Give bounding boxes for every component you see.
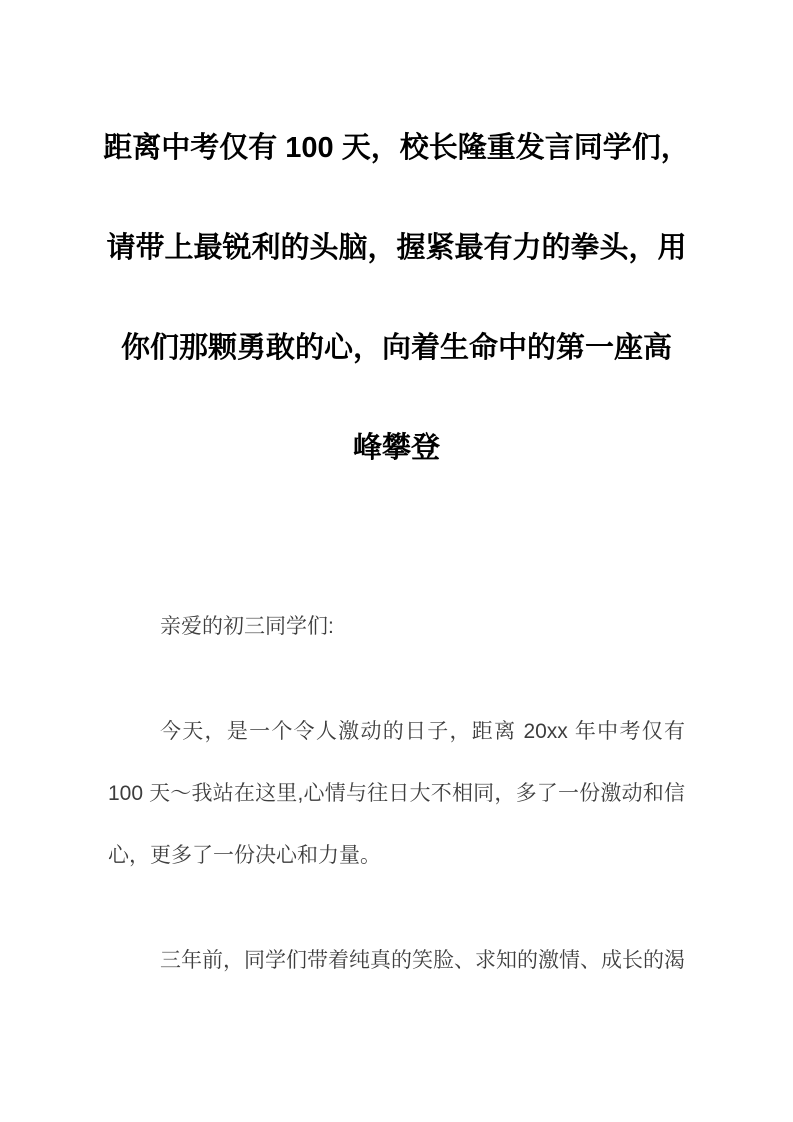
salutation-line: 亲爱的初三同学们: [108,596,685,658]
body-paragraph: 今天，是一个令人激动的日子，距离 20xx 年中考仅有 100 天～我站在这里,… [108,701,685,887]
document-title: 距离中考仅有 100 天，校长隆重发言同学们， 请带上最锐利的头脑，握紧最有力的… [56,98,737,498]
document-body: 亲爱的初三同学们: 今天，是一个令人激动的日子，距离 20xx 年中考仅有 10… [108,596,685,992]
body-paragraph: 三年前，同学们带着纯真的笑脸、求知的激情、成长的渴 [108,930,685,992]
document-page: 距离中考仅有 100 天，校长隆重发言同学们， 请带上最锐利的头脑，握紧最有力的… [0,0,793,1122]
